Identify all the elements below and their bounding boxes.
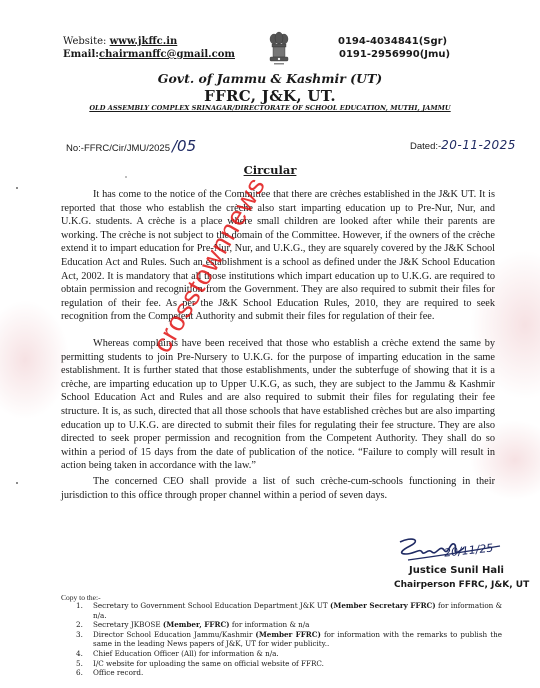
- item-number: 3.: [76, 630, 83, 640]
- office-address: OLD ASSEMBLY COMPLEX SRINAGAR/DIRECTORAT…: [0, 104, 540, 112]
- website-line: Website: www.jkffc.in: [63, 35, 235, 48]
- dated-line: Dated:-20-11-2025: [410, 138, 516, 152]
- organization-heading: FFRC, J&K, UT.: [0, 87, 540, 105]
- copy-to-item: 1.Secretary to Government School Educati…: [70, 601, 502, 620]
- contact-block: Website: www.jkffc.in Email:chairmanffc@…: [63, 35, 235, 61]
- national-emblem-icon: [266, 30, 292, 68]
- copy-to-item: 4.Chief Education Officer (All) for info…: [70, 649, 502, 659]
- copy-to-item: 2.Secretary JKBOSE (Member, FFRC) for in…: [70, 620, 502, 630]
- item-text: Secretary to Government School Education…: [93, 601, 330, 610]
- item-text: I/C website for uploading the same on of…: [93, 659, 324, 668]
- item-number: 5.: [76, 659, 83, 669]
- paper-smudge: [0, 300, 70, 420]
- circular-document: Website: www.jkffc.in Email:chairmanffc@…: [0, 0, 540, 688]
- signatory-name: Justice Sunil Hali: [409, 565, 504, 576]
- paragraph-1: It has come to the notice of the Committ…: [61, 188, 495, 324]
- paper-speck: [16, 187, 18, 189]
- phone-jammu: 0191-2956990(Jmu): [338, 48, 450, 61]
- item-text: Office record.: [93, 668, 143, 677]
- item-text: Chief Education Officer (All) for inform…: [93, 649, 279, 658]
- document-title: Circular: [0, 163, 540, 177]
- email-line: Email:chairmanffc@gmail.com: [63, 48, 235, 61]
- item-bold: (Member Secretary FFRC): [330, 601, 436, 610]
- reference-handwritten: /05: [172, 137, 196, 155]
- copy-to-item: 6.Office record.: [70, 668, 502, 678]
- item-number: 4.: [76, 649, 83, 659]
- government-heading: Govt. of Jammu & Kashmir (UT): [0, 71, 540, 86]
- copy-to-list: 1.Secretary to Government School Educati…: [70, 601, 502, 678]
- email-link[interactable]: chairmanffc@gmail.com: [99, 49, 235, 60]
- phone-block: 0194-4034841(Sgr) 0191-2956990(Jmu): [338, 35, 450, 61]
- paper-speck: [125, 176, 127, 178]
- reference-number: No:-FFRC/Cir/JMU/2025/05: [66, 137, 196, 155]
- reference-prefix: No:-FFRC/Cir/JMU/2025: [66, 143, 170, 154]
- dated-handwritten: 20-11-2025: [441, 138, 516, 152]
- paragraph-3: The concerned CEO shall provide a list o…: [61, 475, 495, 502]
- dated-label: Dated:-: [410, 141, 441, 152]
- phone-srinagar: 0194-4034841(Sgr): [338, 35, 450, 48]
- item-text: Secretary JKBOSE: [93, 620, 163, 629]
- item-number: 2.: [76, 620, 83, 630]
- item-bold: (Member, FFRC): [163, 620, 230, 629]
- paper-speck: [16, 482, 18, 484]
- item-bold: (Member FFRC): [255, 630, 320, 639]
- item-number: 6.: [76, 668, 83, 678]
- item-number: 1.: [76, 601, 83, 611]
- copy-to-item: 3.Director School Education Jammu/Kashmi…: [70, 630, 502, 649]
- copy-to-item: 5.I/C website for uploading the same on …: [70, 659, 502, 669]
- signatory-designation: Chairperson FFRC, J&K, UT: [394, 580, 529, 590]
- paragraph-2: Whereas complaints have been received th…: [61, 337, 495, 473]
- website-label: Website:: [63, 36, 110, 47]
- website-link[interactable]: www.jkffc.in: [110, 36, 178, 47]
- item-text: for information & n/a: [230, 620, 310, 629]
- item-text: Director School Education Jammu/Kashmir: [93, 630, 255, 639]
- email-label: Email:: [63, 49, 99, 60]
